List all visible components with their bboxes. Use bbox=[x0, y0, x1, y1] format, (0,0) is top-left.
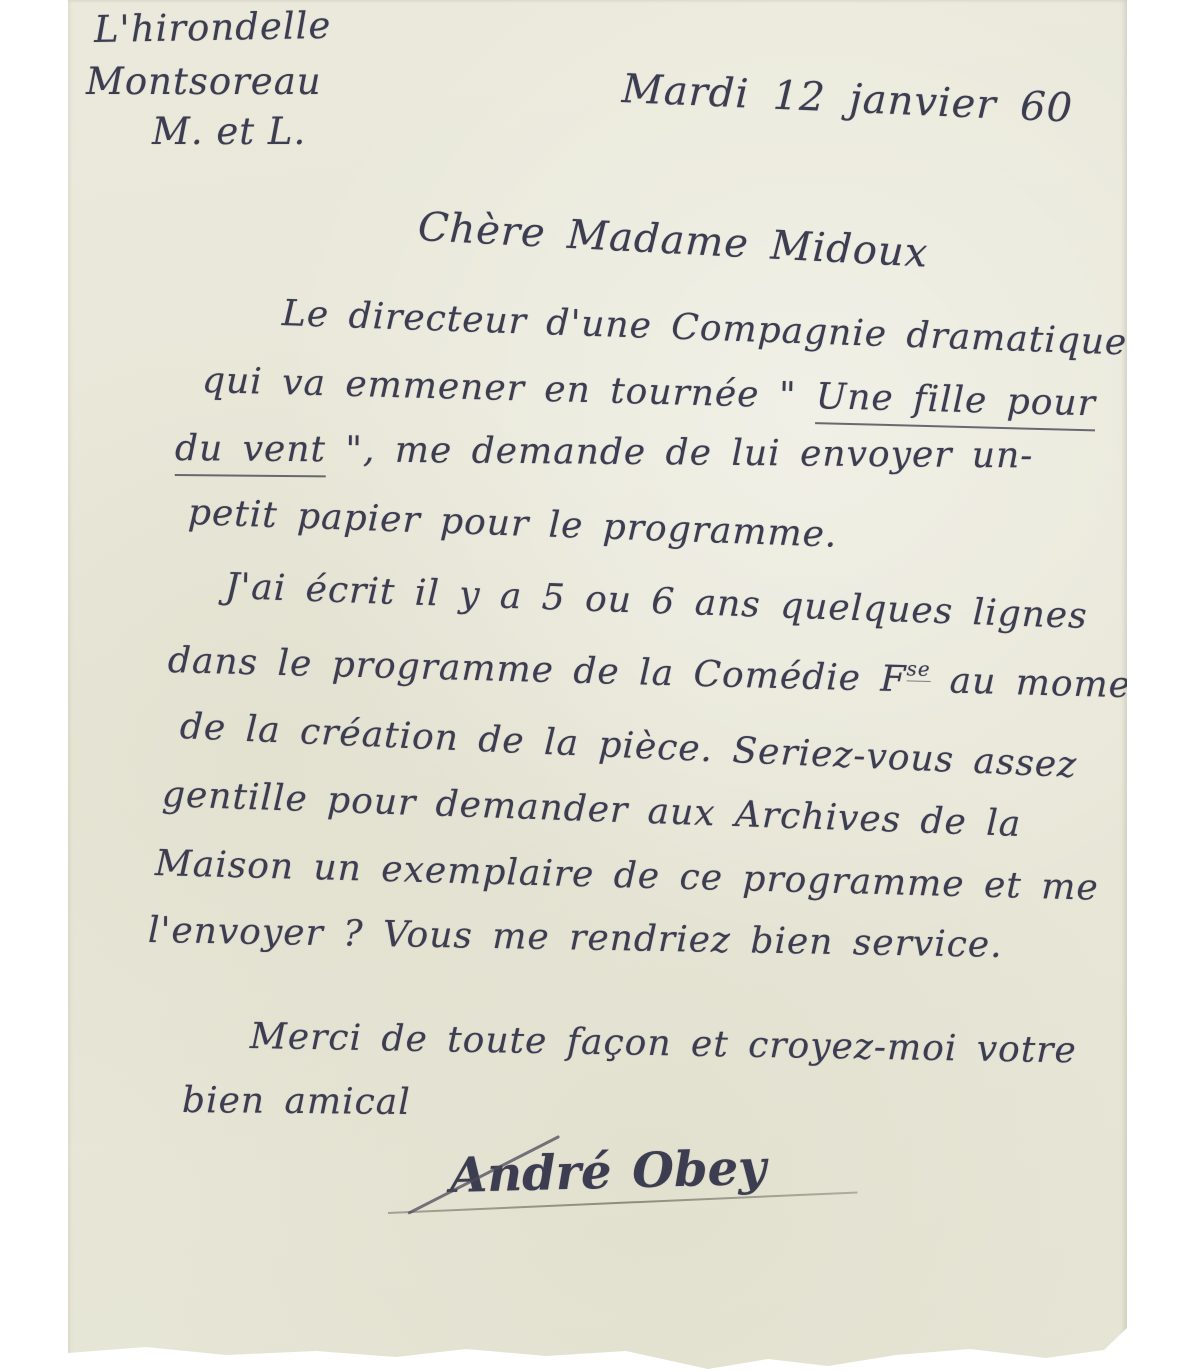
body-line-10: l'envoyer ? Vous me rendriez bien servic… bbox=[148, 910, 1003, 966]
date-line: Mardi 12 janvier 60 bbox=[621, 66, 1074, 132]
body-line-7: de la création de la pièce. Seriez-vous … bbox=[179, 706, 1078, 786]
body-line-11: Merci de toute façon et croyez-moi votre bbox=[250, 1016, 1077, 1071]
body-line-6-text-end: au moment bbox=[930, 660, 1171, 707]
body-line-6-text: dans le programme de la Comédie F bbox=[167, 640, 907, 700]
body-line-1: Le directeur d'une Compagnie dramatique bbox=[281, 293, 1128, 363]
signature: André Obey bbox=[449, 1140, 766, 1204]
body-line-9: Maison un exemplaire de ce programme et … bbox=[154, 843, 1099, 909]
body-line-2: qui va emmener en tournée " Une fille po… bbox=[201, 360, 1096, 424]
body-line-4: petit papier pour le programme. bbox=[187, 492, 838, 556]
body-line-6: dans le programme de la Comédie Fse au m… bbox=[167, 638, 1171, 707]
body-line-8: gentille pour demander aux Archives de l… bbox=[161, 774, 1022, 845]
body-line-2-text: qui va emmener en tournée " bbox=[201, 360, 816, 417]
underlined-title-part-1: Une fille pour bbox=[815, 376, 1096, 431]
underlined-title-part-2: du vent bbox=[175, 428, 326, 477]
abbreviation-superscript: se bbox=[906, 657, 930, 682]
letterhead-line-3: M. et L. bbox=[152, 110, 306, 153]
body-line-12: bien amical bbox=[182, 1080, 411, 1123]
letterhead-line-2: Montsoreau bbox=[86, 60, 322, 103]
body-line-3: du vent ", me demande de lui envoyer un- bbox=[175, 428, 1034, 476]
letter-paper: L'hirondelle Montsoreau M. et L. Mardi 1… bbox=[68, 0, 1127, 1372]
body-line-3-text: ", me demande de lui envoyer un- bbox=[326, 429, 1034, 476]
letterhead-line-1: L'hirondelle bbox=[94, 4, 332, 51]
body-line-5: J'ai écrit il y a 5 ou 6 ans quelques li… bbox=[224, 566, 1088, 637]
salutation: Chère Madame Midoux bbox=[417, 204, 930, 277]
